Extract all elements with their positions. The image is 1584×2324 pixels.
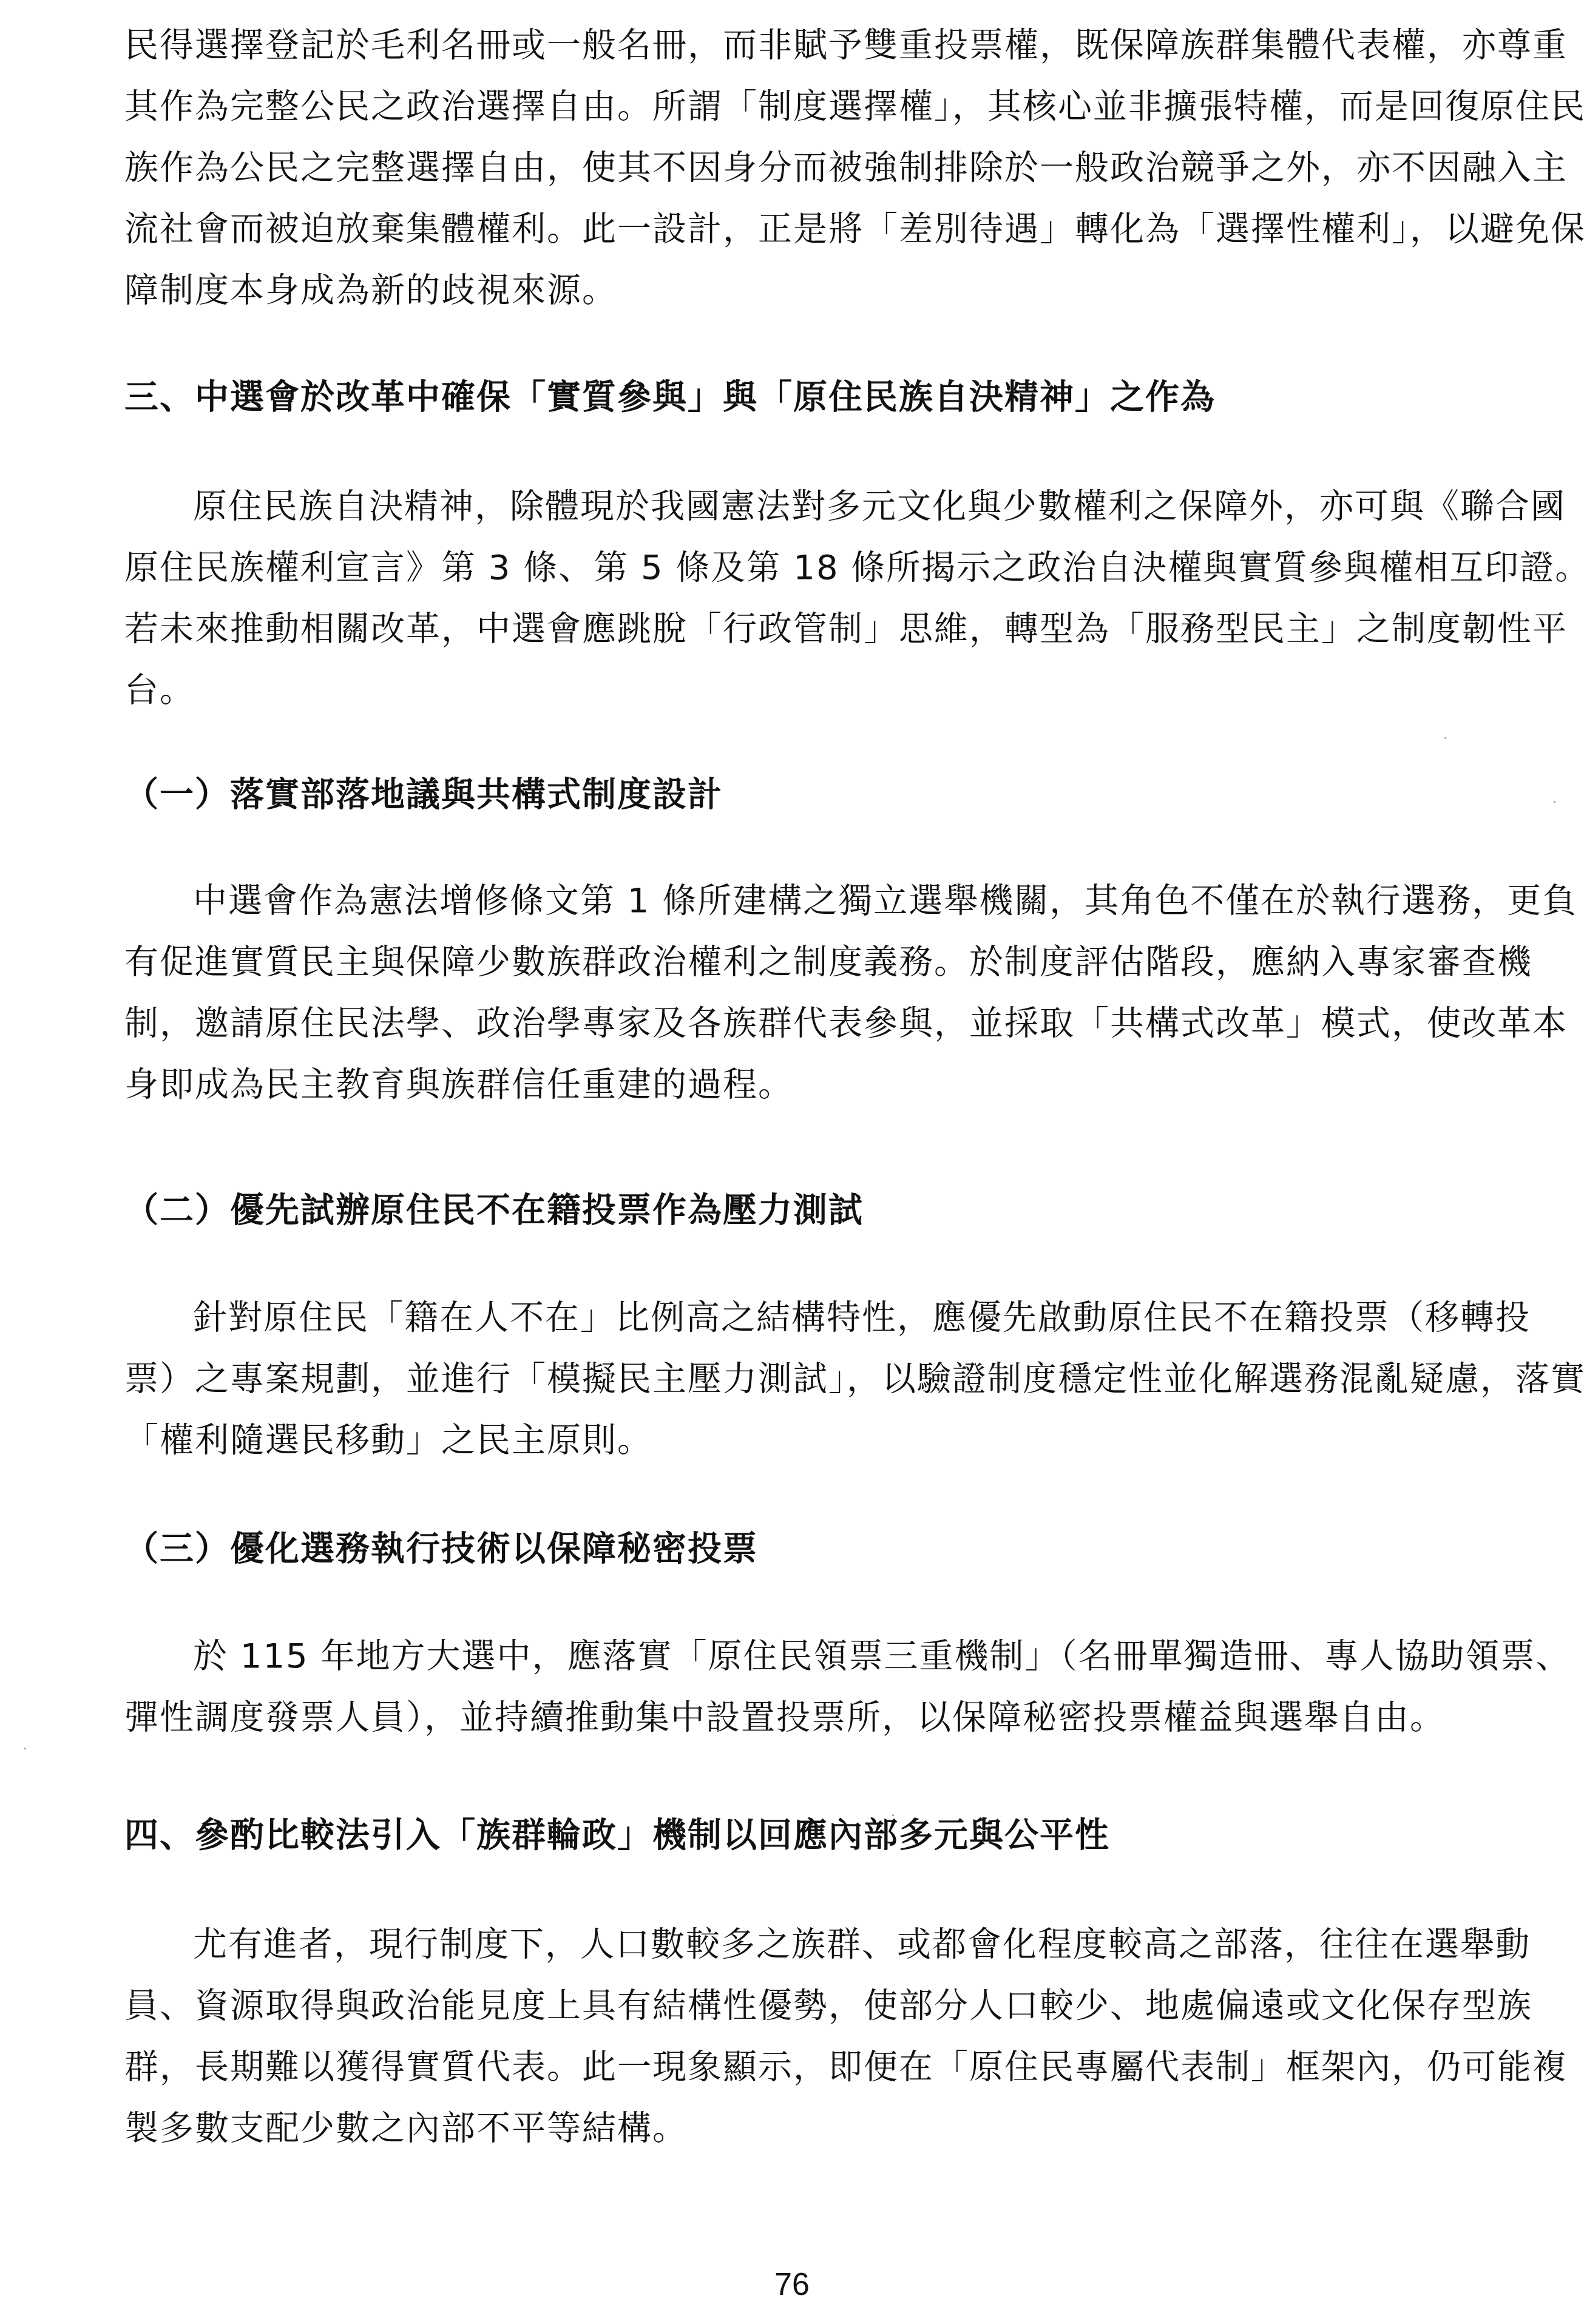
paragraph-line: 員、資源取得與政治能見度上具有結構性優勢，使部分人口較少、地處偏遠或文化保存型族 bbox=[124, 1985, 1460, 2027]
section-heading-3: 三、中選會於改革中確保「實質參與」與「原住民族自決精神」之作為 bbox=[124, 376, 1460, 419]
page-number: 76 bbox=[0, 2266, 1584, 2303]
subsection-heading-3: （三）優化選務執行技術以保障秘密投票 bbox=[124, 1528, 1460, 1570]
paragraph-line: 障制度本身成為新的歧視來源。 bbox=[124, 269, 1460, 312]
paragraph-line: 針對原住民「籍在人不在」比例高之結構特性，應優先啟動原住民不在籍投票（移轉投 bbox=[193, 1297, 1528, 1339]
paragraph-line: 身即成為民主教育與族群信任重建的過程。 bbox=[124, 1064, 1460, 1106]
paragraph-line: 台。 bbox=[124, 669, 1460, 712]
document-page: 民得選擇登記於毛利名冊或一般名冊，而非賦予雙重投票權，既保障族群集體代表權，亦尊… bbox=[0, 0, 1584, 2324]
scan-speck bbox=[1554, 801, 1555, 803]
paragraph-line: 其作為完整公民之政治選擇自由。所謂「制度選擇權」，其核心並非擴張特權，而是回復原… bbox=[124, 86, 1460, 128]
paragraph-line: 流社會而被迫放棄集體權利。此一設計，正是將「差別待遇」轉化為「選擇性權利」，以避… bbox=[124, 208, 1460, 251]
paragraph-line: 族作為公民之完整選擇自由，使其不因身分而被強制排除於一般政治競爭之外，亦不因融入… bbox=[124, 147, 1460, 189]
paragraph-line: 原住民族自決精神，除體現於我國憲法對多元文化與少數權利之保障外，亦可與《聯合國 bbox=[193, 485, 1528, 528]
paragraph-line: 票）之專案規劃，並進行「模擬民主壓力測試」，以驗證制度穩定性並化解選務混亂疑慮，… bbox=[124, 1358, 1460, 1400]
paragraph-line: 尤有進者，現行制度下，人口數較多之族群、或都會化程度較高之部落，往往在選舉動 bbox=[193, 1924, 1528, 1966]
subsection-heading-1: （一）落實部落地議與共構式制度設計 bbox=[124, 774, 1460, 816]
paragraph-line: 原住民族權利宣言》第 3 條、第 5 條及第 18 條所揭示之政治自決權與實質參… bbox=[124, 547, 1460, 589]
section-heading-4: 四、參酌比較法引入「族群輪政」機制以回應內部多元與公平性 bbox=[124, 1814, 1460, 1857]
paragraph-line: 若未來推動相關改革，中選會應跳脫「行政管制」思維，轉型為「服務型民主」之制度韌性… bbox=[124, 608, 1460, 650]
paragraph-line: 彈性調度發票人員），並持續推動集中設置投票所，以保障秘密投票權益與選舉自由。 bbox=[124, 1697, 1460, 1739]
paragraph-line: 民得選擇登記於毛利名冊或一般名冊，而非賦予雙重投票權，既保障族群集體代表權，亦尊… bbox=[124, 24, 1460, 67]
paragraph-line: 有促進實質民主與保障少數族群政治權利之制度義務。於制度評估階段，應納入專家審查機 bbox=[124, 941, 1460, 984]
paragraph-line: 製多數支配少數之內部不平等結構。 bbox=[124, 2107, 1460, 2150]
paragraph-line: 群，長期難以獲得實質代表。此一現象顯示，即便在「原住民專屬代表制」框架內，仍可能… bbox=[124, 2046, 1460, 2089]
paragraph-line: 制，邀請原住民法學、政治學專家及各族群代表參與，並採取「共構式改革」模式，使改革… bbox=[124, 1002, 1460, 1045]
scan-speck bbox=[892, 1814, 894, 1816]
paragraph-line: 「權利隨選民移動」之民主原則。 bbox=[124, 1419, 1460, 1462]
scan-speck bbox=[1444, 737, 1446, 739]
paragraph-line: 中選會作為憲法增修條文第 1 條所建構之獨立選舉機關，其角色不僅在於執行選務，更… bbox=[193, 880, 1528, 922]
paragraph-line: 於 115 年地方大選中，應落實「原住民領票三重機制」（名冊單獨造冊、專人協助領… bbox=[193, 1635, 1528, 1678]
subsection-heading-2: （二）優先試辦原住民不在籍投票作為壓力測試 bbox=[124, 1189, 1460, 1232]
scan-speck bbox=[24, 1748, 26, 1749]
